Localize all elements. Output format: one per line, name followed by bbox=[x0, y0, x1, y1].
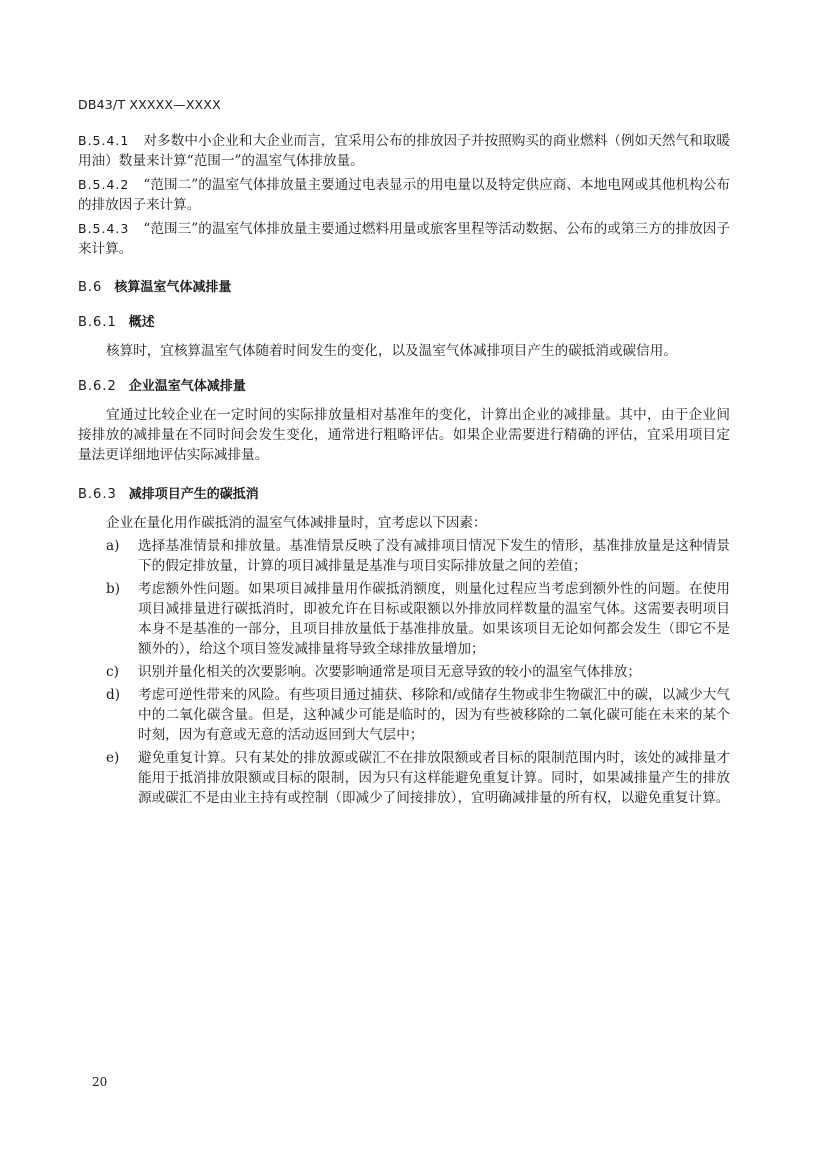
list-marker: d) bbox=[106, 685, 120, 705]
list-item-a: a) 选择基准情景和排放量。基准情景反映了没有减排项目情况下发生的情形，基准排放… bbox=[106, 536, 730, 576]
clause-b543: B.5.4.3“范围三”的温室气体排放量主要通过燃料用量或旅客里程等活动数据、公… bbox=[78, 219, 730, 259]
document-id-header: DB43/T XXXXX—XXXX bbox=[78, 97, 221, 112]
paragraph-b63-intro: 企业在量化用作碳抵消的温室气体减排量时，宜考虑以下因素： bbox=[106, 513, 730, 533]
section-heading-b63: B.6.3减排项目产生的碳抵消 bbox=[78, 483, 259, 502]
section-heading-b6: B.6核算温室气体减排量 bbox=[78, 276, 231, 295]
clause-number: B.5.4.3 bbox=[78, 221, 129, 236]
list-item-text: 识别并量化相关的次要影响。次要影响通常是项目无意导致的较小的温室气体排放； bbox=[138, 664, 641, 680]
section-title: 企业温室气体减排量 bbox=[129, 379, 246, 394]
section-heading-b61: B.6.1概述 bbox=[78, 311, 155, 330]
page-number: 20 bbox=[92, 1075, 107, 1089]
section-heading-b62: B.6.2企业温室气体减排量 bbox=[78, 375, 246, 394]
list-item-c: c) 识别并量化相关的次要影响。次要影响通常是项目无意导致的较小的温室气体排放； bbox=[106, 662, 730, 682]
list-marker: a) bbox=[106, 536, 119, 556]
list-marker: e) bbox=[106, 748, 119, 768]
section-number: B.6.2 bbox=[78, 379, 117, 394]
list-item-text: 避免重复计算。只有某处的排放源或碳汇不在排放限额或者目标的限制范围内时，该处的减… bbox=[138, 750, 730, 806]
list-item-e: e) 避免重复计算。只有某处的排放源或碳汇不在排放限额或者目标的限制范围内时，该… bbox=[106, 748, 730, 808]
list-item-text: 考虑额外性问题。如果项目减排量用作碳抵消额度，则量化过程应当考虑到额外性的问题。… bbox=[138, 581, 730, 657]
section-title: 减排项目产生的碳抵消 bbox=[129, 487, 259, 502]
clause-text: “范围三”的温室气体排放量主要通过燃料用量或旅客里程等活动数据、公布的或第三方的… bbox=[78, 221, 730, 257]
section-number: B.6.1 bbox=[78, 315, 117, 330]
clause-text: “范围二”的温室气体排放量主要通过电表显示的用电量以及特定供应商、本地电网或其他… bbox=[78, 177, 730, 213]
list-marker: b) bbox=[106, 579, 120, 599]
clause-b541: B.5.4.1对多数中小企业和大企业而言，宜采用公布的排放因子并按照购买的商业燃… bbox=[78, 131, 730, 171]
clause-b542: B.5.4.2“范围二”的温室气体排放量主要通过电表显示的用电量以及特定供应商、… bbox=[78, 175, 730, 215]
list-marker: c) bbox=[106, 662, 119, 682]
clause-text: 对多数中小企业和大企业而言，宜采用公布的排放因子并按照购买的商业燃料（例如天然气… bbox=[78, 133, 730, 169]
clause-number: B.5.4.1 bbox=[78, 133, 129, 148]
section-title: 核算温室气体减排量 bbox=[114, 280, 231, 295]
section-number: B.6 bbox=[78, 280, 102, 295]
section-number: B.6.3 bbox=[78, 487, 117, 502]
paragraph-b62: 宜通过比较企业在一定时间的实际排放量相对基准年的变化，计算出企业的减排量。其中，… bbox=[78, 405, 730, 465]
clause-number: B.5.4.2 bbox=[78, 177, 129, 192]
factor-list: a) 选择基准情景和排放量。基准情景反映了没有减排项目情况下发生的情形，基准排放… bbox=[106, 536, 730, 811]
section-title: 概述 bbox=[129, 315, 155, 330]
list-item-d: d) 考虑可逆性带来的风险。有些项目通过捕获、移除和/或储存生物或非生物碳汇中的… bbox=[106, 685, 730, 745]
list-item-text: 选择基准情景和排放量。基准情景反映了没有减排项目情况下发生的情形，基准排放量是这… bbox=[138, 538, 730, 574]
list-item-text: 考虑可逆性带来的风险。有些项目通过捕获、移除和/或储存生物或非生物碳汇中的碳，以… bbox=[138, 687, 730, 743]
list-item-b: b) 考虑额外性问题。如果项目减排量用作碳抵消额度，则量化过程应当考虑到额外性的… bbox=[106, 579, 730, 659]
paragraph-b61: 核算时，宜核算温室气体随着时间发生的变化，以及温室气体减排项目产生的碳抵消或碳信… bbox=[78, 341, 730, 361]
